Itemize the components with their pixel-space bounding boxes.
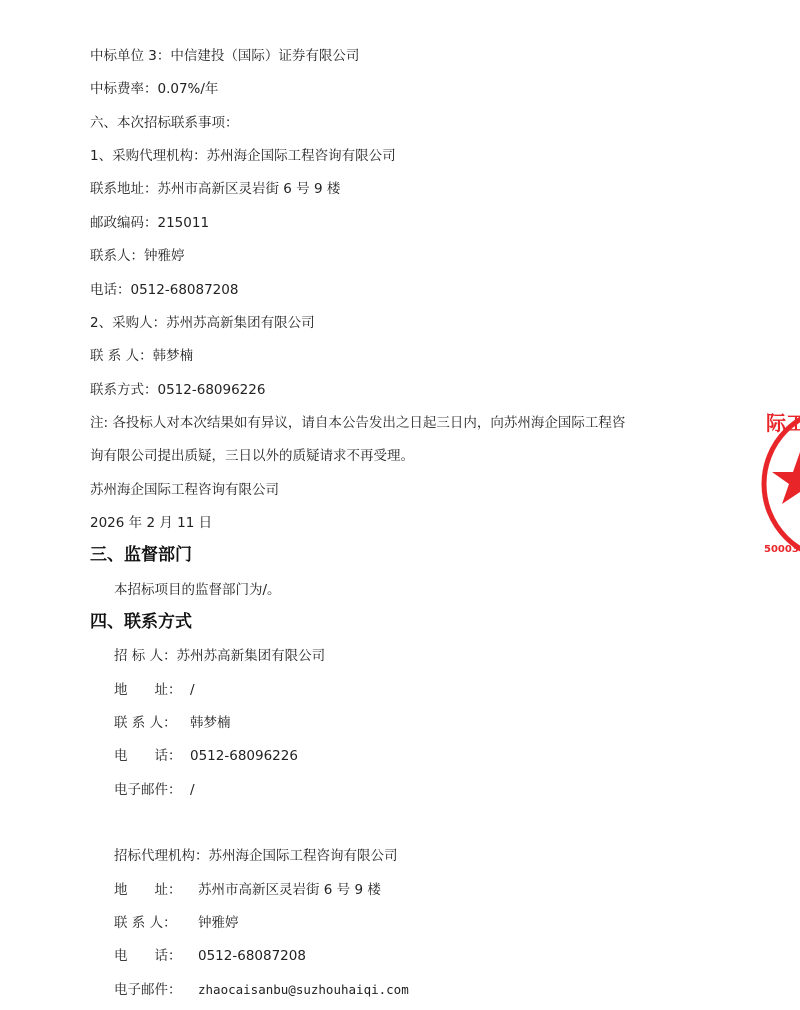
agency-contact-2: 联 系 人：钟雅婷 [114, 914, 239, 932]
objection-note-line1: 注: 各投标人对本次结果如有异议，请自本公告发出之日起三日内，向苏州海企国际工程… [90, 414, 625, 432]
svg-text:50003: 50003 [764, 544, 799, 555]
label: 招 标 人： [114, 647, 177, 665]
objection-note-line2: 询有限公司提出质疑，三日以外的质疑请求不再受理。 [90, 447, 414, 465]
date: 2026 年 2 月 11 日 [90, 514, 212, 532]
procurement-agency: 1、采购代理机构：苏州海企国际工程咨询有限公司 [90, 147, 396, 165]
agency-phone-2: 电 话：0512-68087208 [114, 947, 306, 965]
label: 电子邮件： [114, 781, 190, 799]
value: 韩梦楠 [190, 715, 231, 731]
tenderer-phone: 电 话：0512-68096226 [114, 747, 298, 765]
label: 电 话： [114, 747, 190, 765]
winning-rate: 中标费率：0.07%/年 [90, 80, 218, 98]
tenderer-name: 招 标 人：苏州苏高新集团有限公司 [114, 647, 325, 665]
label: 联 系 人： [114, 914, 198, 932]
svg-text:际工程: 际工程 [766, 411, 800, 435]
agency-name: 招标代理机构：苏州海企国际工程咨询有限公司 [114, 847, 398, 865]
supervision-body: 本招标项目的监督部门为/。 [114, 581, 281, 599]
agency-email: 电子邮件：zhaocaisanbu@suzhouhaiqi.com [114, 981, 409, 999]
section-contact-title: 四、联系方式 [90, 613, 192, 631]
company-seal-icon: 际工程 50003 [760, 402, 800, 567]
agency-phone: 电话：0512-68087208 [90, 281, 238, 299]
value: zhaocaisanbu@suzhouhaiqi.com [198, 982, 409, 997]
label: 电子邮件： [114, 981, 198, 999]
section-supervision-title: 三、监督部门 [90, 546, 192, 564]
value: 0512-68087208 [198, 948, 306, 964]
tenderer-email: 电子邮件：/ [114, 781, 195, 799]
label: 地 址： [114, 881, 198, 899]
signature: 苏州海企国际工程咨询有限公司 [90, 481, 279, 499]
tenderer-address: 地 址：/ [114, 681, 195, 699]
label: 地 址： [114, 681, 190, 699]
label: 联 系 人： [114, 714, 190, 732]
label: 招标代理机构： [114, 847, 209, 865]
agency-address-2: 地 址：苏州市高新区灵岩街 6 号 9 楼 [114, 881, 381, 899]
postcode: 邮政编码：215011 [90, 214, 209, 232]
purchaser: 2、采购人：苏州苏高新集团有限公司 [90, 314, 315, 332]
contact-heading: 六、本次招标联系事项： [90, 114, 239, 132]
value: 苏州市高新区灵岩街 6 号 9 楼 [198, 882, 381, 898]
value: / [190, 682, 195, 698]
value: 0512-68096226 [190, 748, 298, 764]
agency-contact: 联系人：钟雅婷 [90, 247, 185, 265]
purchaser-contact: 联 系 人：韩梦楠 [90, 347, 193, 365]
value: 钟雅婷 [198, 915, 239, 931]
value: 苏州海企国际工程咨询有限公司 [209, 848, 398, 864]
purchaser-phone: 联系方式：0512-68096226 [90, 381, 265, 399]
agency-address: 联系地址：苏州市高新区灵岩街 6 号 9 楼 [90, 180, 340, 198]
tenderer-contact: 联 系 人：韩梦楠 [114, 714, 231, 732]
value: / [190, 782, 195, 798]
label: 电 话： [114, 947, 198, 965]
value: 苏州苏高新集团有限公司 [177, 648, 326, 664]
winner-3: 中标单位 3：中信建投（国际）证券有限公司 [90, 47, 359, 65]
